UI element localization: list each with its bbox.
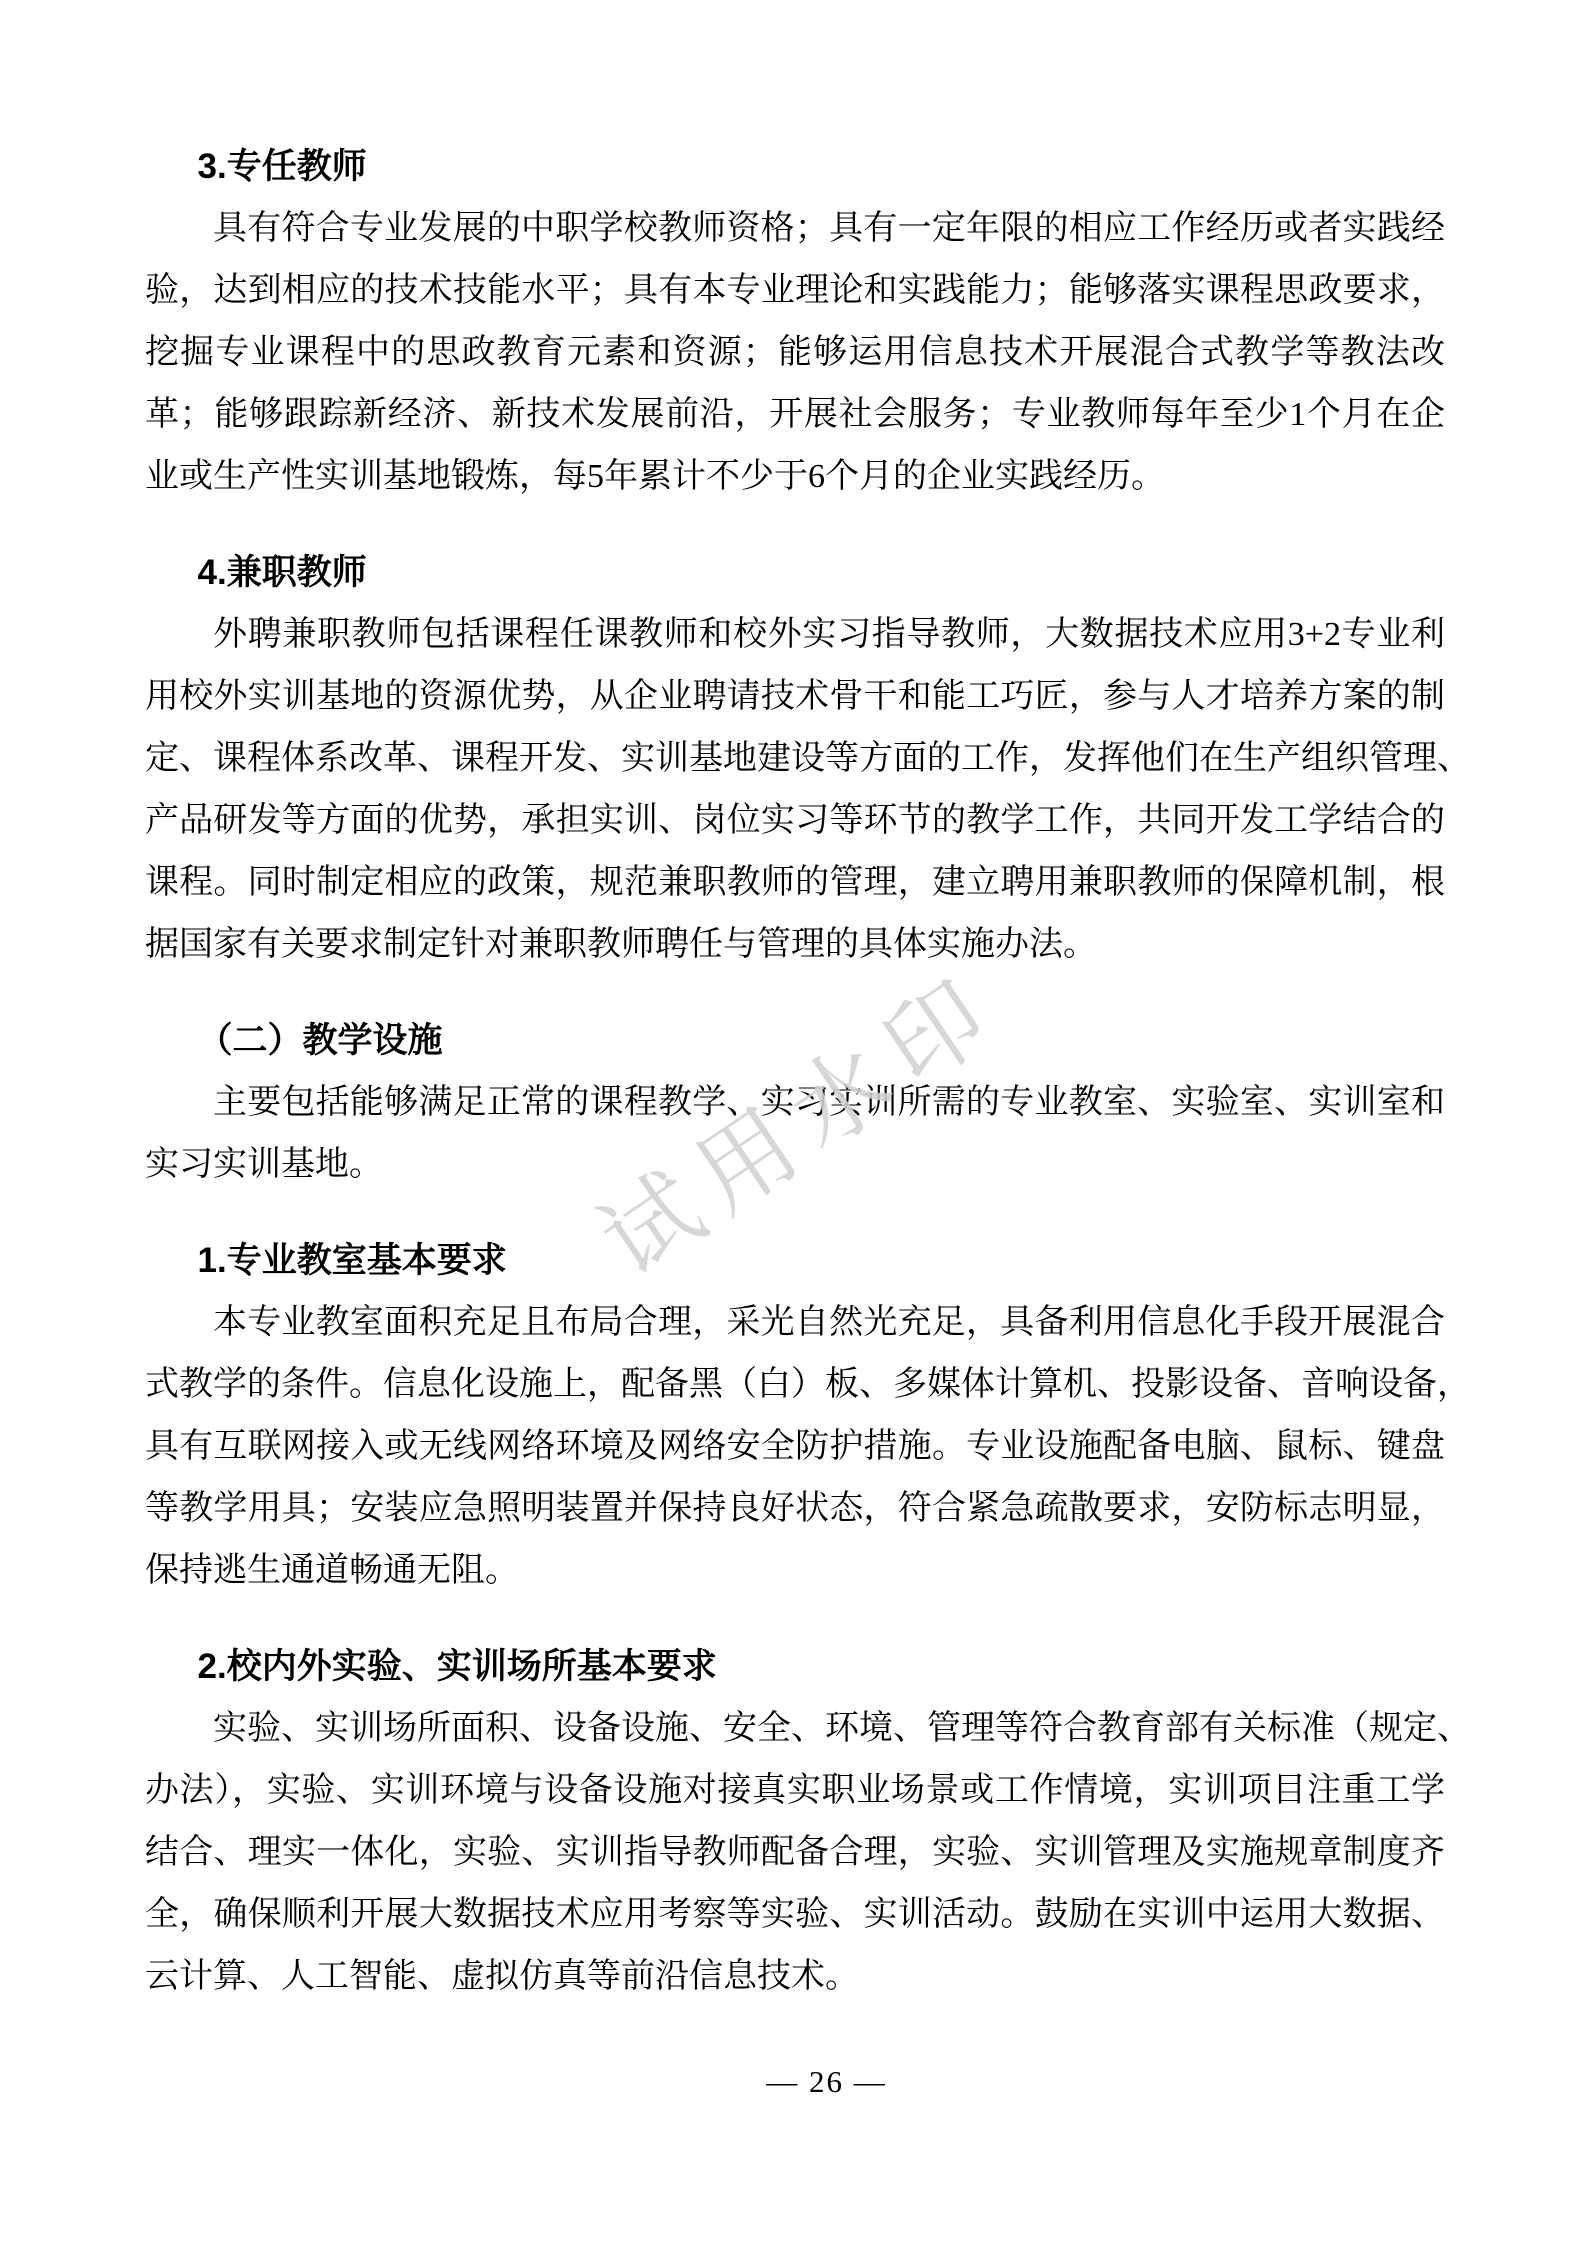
text-line: 式教学的条件。信息化设施上，配备黑（白）板、多媒体计算机、投影设备、音响设备， <box>145 1354 1445 1416</box>
text-line: 实验、实训场所面积、设备设施、安全、环境、管理等符合教育部有关标准（规定、 <box>145 1698 1445 1760</box>
text-line: 产品研发等方面的优势，承担实训、岗位实习等环节的教学工作，共同开发工学结合的 <box>145 790 1445 852</box>
paragraph: 具有符合专业发展的中职学校教师资格；具有一定年限的相应工作经历或者实践经验，达到… <box>145 198 1445 508</box>
section-heading: （二）教学设施 <box>145 1010 1445 1072</box>
text-line: 验，达到相应的技术技能水平；具有本专业理论和实践能力；能够落实课程思政要求， <box>145 260 1445 322</box>
section-heading: 2.校内外实验、实训场所基本要求 <box>145 1636 1445 1698</box>
text-line: 全，确保顺利开展大数据技术应用考察等实验、实训活动。鼓励在实训中运用大数据、 <box>145 1884 1445 1946</box>
paragraph: 主要包括能够满足正常的课程教学、实习实训所需的专业教室、实验室、实训室和实习实训… <box>145 1072 1445 1196</box>
text-line: 革；能够跟踪新经济、新技术发展前沿，开展社会服务；专业教师每年至少1个月在企 <box>145 384 1445 446</box>
paragraph: 实验、实训场所面积、设备设施、安全、环境、管理等符合教育部有关标准（规定、办法）… <box>145 1698 1445 2008</box>
paragraph: 本专业教室面积充足且布局合理，采光自然光充足，具备利用信息化手段开展混合式教学的… <box>145 1292 1445 1602</box>
page-number: — 26 — <box>766 2062 887 2102</box>
text-line: 挖掘专业课程中的思政教育元素和资源；能够运用信息技术开展混合式教学等教法改 <box>145 322 1445 384</box>
section-heading: 3.专任教师 <box>145 136 1445 198</box>
section-heading: 1.专业教室基本要求 <box>145 1230 1445 1292</box>
text-line: 云计算、人工智能、虚拟仿真等前沿信息技术。 <box>145 1946 1445 2008</box>
page-footer: — 26 — <box>0 2062 1587 2102</box>
page-content: 3.专任教师具有符合专业发展的中职学校教师资格；具有一定年限的相应工作经历或者实… <box>145 136 1445 2008</box>
text-line: 结合、理实一体化，实验、实训指导教师配备合理，实验、实训管理及实施规章制度齐 <box>145 1822 1445 1884</box>
document-page: 3.专任教师具有符合专业发展的中职学校教师资格；具有一定年限的相应工作经历或者实… <box>0 0 1587 2245</box>
text-line: 保持逃生通道畅通无阻。 <box>145 1540 1445 1602</box>
text-line: 实习实训基地。 <box>145 1134 1445 1196</box>
text-line: 主要包括能够满足正常的课程教学、实习实训所需的专业教室、实验室、实训室和 <box>145 1072 1445 1134</box>
text-line: 具有符合专业发展的中职学校教师资格；具有一定年限的相应工作经历或者实践经 <box>145 198 1445 260</box>
text-line: 业或生产性实训基地锻炼，每5年累计不少于6个月的企业实践经历。 <box>145 446 1445 508</box>
text-line: 课程。同时制定相应的政策，规范兼职教师的管理，建立聘用兼职教师的保障机制，根 <box>145 852 1445 914</box>
text-line: 本专业教室面积充足且布局合理，采光自然光充足，具备利用信息化手段开展混合 <box>145 1292 1445 1354</box>
paragraph: 外聘兼职教师包括课程任课教师和校外实习指导教师，大数据技术应用3+2专业利用校外… <box>145 604 1445 976</box>
section-heading: 4.兼职教师 <box>145 542 1445 604</box>
text-line: 等教学用具；安装应急照明装置并保持良好状态，符合紧急疏散要求，安防标志明显， <box>145 1478 1445 1540</box>
text-line: 外聘兼职教师包括课程任课教师和校外实习指导教师，大数据技术应用3+2专业利 <box>145 604 1445 666</box>
text-line: 据国家有关要求制定针对兼职教师聘任与管理的具体实施办法。 <box>145 914 1445 976</box>
text-line: 用校外实训基地的资源优势，从企业聘请技术骨干和能工巧匠，参与人才培养方案的制 <box>145 666 1445 728</box>
text-line: 具有互联网接入或无线网络环境及网络安全防护措施。专业设施配备电脑、鼠标、键盘 <box>145 1416 1445 1478</box>
text-line: 定、课程体系改革、课程开发、实训基地建设等方面的工作，发挥他们在生产组织管理、 <box>145 728 1445 790</box>
text-line: 办法），实验、实训环境与设备设施对接真实职业场景或工作情境，实训项目注重工学 <box>145 1760 1445 1822</box>
